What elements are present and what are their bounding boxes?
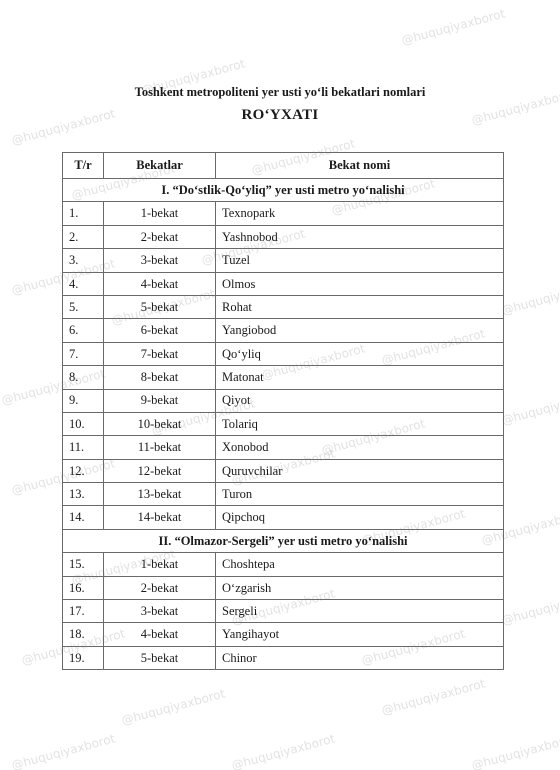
row-station-name: Xonobod xyxy=(216,436,504,459)
row-number: 2. xyxy=(63,225,104,248)
row-station-name: Qo‘yliq xyxy=(216,342,504,365)
section-heading: II. “Olmazor-Sergeli” yer usti metro yo‘… xyxy=(63,529,504,552)
row-station-name: Tolariq xyxy=(216,412,504,435)
row-station: 4-bekat xyxy=(104,623,216,646)
row-station: 7-bekat xyxy=(104,342,216,365)
watermark-text: @huquqiyaxborot xyxy=(400,6,507,47)
table-row: 18.4-bekatYangihayot xyxy=(63,623,504,646)
row-station: 12-bekat xyxy=(104,459,216,482)
watermark-text: @huquqiyaxborot xyxy=(230,731,337,770)
header-station-name: Bekat nomi xyxy=(216,153,504,179)
row-station: 1-bekat xyxy=(104,202,216,225)
table-row: 4.4-bekatOlmos xyxy=(63,272,504,295)
section-heading: I. “Do‘stlik-Qo‘yliq” yer usti metro yo‘… xyxy=(63,179,504,202)
row-station-name: Qipchoq xyxy=(216,506,504,529)
watermark-text: @huquqiyaxborot xyxy=(470,731,560,770)
table-row: 14.14-bekatQipchoq xyxy=(63,506,504,529)
table-row: 7.7-bekatQo‘yliq xyxy=(63,342,504,365)
row-station-name: Rohat xyxy=(216,295,504,318)
row-station-name: Yashnobod xyxy=(216,225,504,248)
table-row: 19.5-bekatChinor xyxy=(63,646,504,669)
table-row: 12.12-bekatQuruvchilar xyxy=(63,459,504,482)
watermark-text: @huquqiyaxborot xyxy=(10,731,117,770)
stations-table: T/r Bekatlar Bekat nomi I. “Do‘stlik-Qo‘… xyxy=(62,152,504,670)
table-row: 3.3-bekatTuzel xyxy=(63,249,504,272)
document-subtitle: RO‘YXATI xyxy=(0,107,560,124)
row-number: 9. xyxy=(63,389,104,412)
row-number: 14. xyxy=(63,506,104,529)
table-row: 6.6-bekatYangiobod xyxy=(63,319,504,342)
row-number: 4. xyxy=(63,272,104,295)
row-station-name: Quruvchilar xyxy=(216,459,504,482)
row-station-name: Chinor xyxy=(216,646,504,669)
watermark-text: @huquqiyaxborot xyxy=(500,276,560,317)
watermark-text: @huquqiyaxborot xyxy=(380,676,487,717)
table-body: I. “Do‘stlik-Qo‘yliq” yer usti metro yo‘… xyxy=(63,179,504,670)
header-number: T/r xyxy=(63,153,104,179)
row-station: 11-bekat xyxy=(104,436,216,459)
row-station: 4-bekat xyxy=(104,272,216,295)
table-row: 11.11-bekatXonobod xyxy=(63,436,504,459)
table-row: 2.2-bekatYashnobod xyxy=(63,225,504,248)
row-station-name: Yangihayot xyxy=(216,623,504,646)
table-row: 15.1-bekatChoshtepa xyxy=(63,553,504,576)
row-station: 2-bekat xyxy=(104,225,216,248)
row-number: 16. xyxy=(63,576,104,599)
row-number: 1. xyxy=(63,202,104,225)
table-row: 10.10-bekatTolariq xyxy=(63,412,504,435)
table-row: 8.8-bekatMatonat xyxy=(63,366,504,389)
row-station: 5-bekat xyxy=(104,295,216,318)
row-number: 5. xyxy=(63,295,104,318)
section-row: II. “Olmazor-Sergeli” yer usti metro yo‘… xyxy=(63,529,504,552)
row-number: 3. xyxy=(63,249,104,272)
row-number: 7. xyxy=(63,342,104,365)
row-station: 1-bekat xyxy=(104,553,216,576)
watermark-text: @huquqiyaxborot xyxy=(500,586,560,627)
row-station: 5-bekat xyxy=(104,646,216,669)
row-station-name: Texnopark xyxy=(216,202,504,225)
table-row: 9.9-bekatQiyot xyxy=(63,389,504,412)
row-station-name: Sergeli xyxy=(216,600,504,623)
row-station-name: Matonat xyxy=(216,366,504,389)
document-title: Toshkent metropoliteni yer usti yo‘li be… xyxy=(0,85,560,100)
row-number: 12. xyxy=(63,459,104,482)
row-station-name: Choshtepa xyxy=(216,553,504,576)
row-station: 3-bekat xyxy=(104,249,216,272)
section-row: I. “Do‘stlik-Qo‘yliq” yer usti metro yo‘… xyxy=(63,179,504,202)
row-number: 13. xyxy=(63,483,104,506)
row-station-name: Yangiobod xyxy=(216,319,504,342)
row-station: 13-bekat xyxy=(104,483,216,506)
row-station-name: Turon xyxy=(216,483,504,506)
table-row: 5.5-bekatRohat xyxy=(63,295,504,318)
table-row: 13.13-bekatTuron xyxy=(63,483,504,506)
row-number: 11. xyxy=(63,436,104,459)
row-number: 6. xyxy=(63,319,104,342)
row-number: 10. xyxy=(63,412,104,435)
row-station: 6-bekat xyxy=(104,319,216,342)
row-number: 15. xyxy=(63,553,104,576)
header-stations: Bekatlar xyxy=(104,153,216,179)
row-station-name: Qiyot xyxy=(216,389,504,412)
row-station-name: O‘zgarish xyxy=(216,576,504,599)
row-number: 17. xyxy=(63,600,104,623)
watermark-text: @huquqiyaxborot xyxy=(500,386,560,427)
table-row: 17.3-bekatSergeli xyxy=(63,600,504,623)
row-number: 19. xyxy=(63,646,104,669)
table-row: 1.1-bekatTexnopark xyxy=(63,202,504,225)
row-station-name: Tuzel xyxy=(216,249,504,272)
row-station: 10-bekat xyxy=(104,412,216,435)
watermark-text: @huquqiyaxborot xyxy=(120,686,227,727)
row-station: 9-bekat xyxy=(104,389,216,412)
row-number: 8. xyxy=(63,366,104,389)
table-header-row: T/r Bekatlar Bekat nomi xyxy=(63,153,504,179)
row-station: 2-bekat xyxy=(104,576,216,599)
row-station-name: Olmos xyxy=(216,272,504,295)
row-station: 8-bekat xyxy=(104,366,216,389)
row-station: 14-bekat xyxy=(104,506,216,529)
row-station: 3-bekat xyxy=(104,600,216,623)
row-number: 18. xyxy=(63,623,104,646)
table-row: 16.2-bekatO‘zgarish xyxy=(63,576,504,599)
